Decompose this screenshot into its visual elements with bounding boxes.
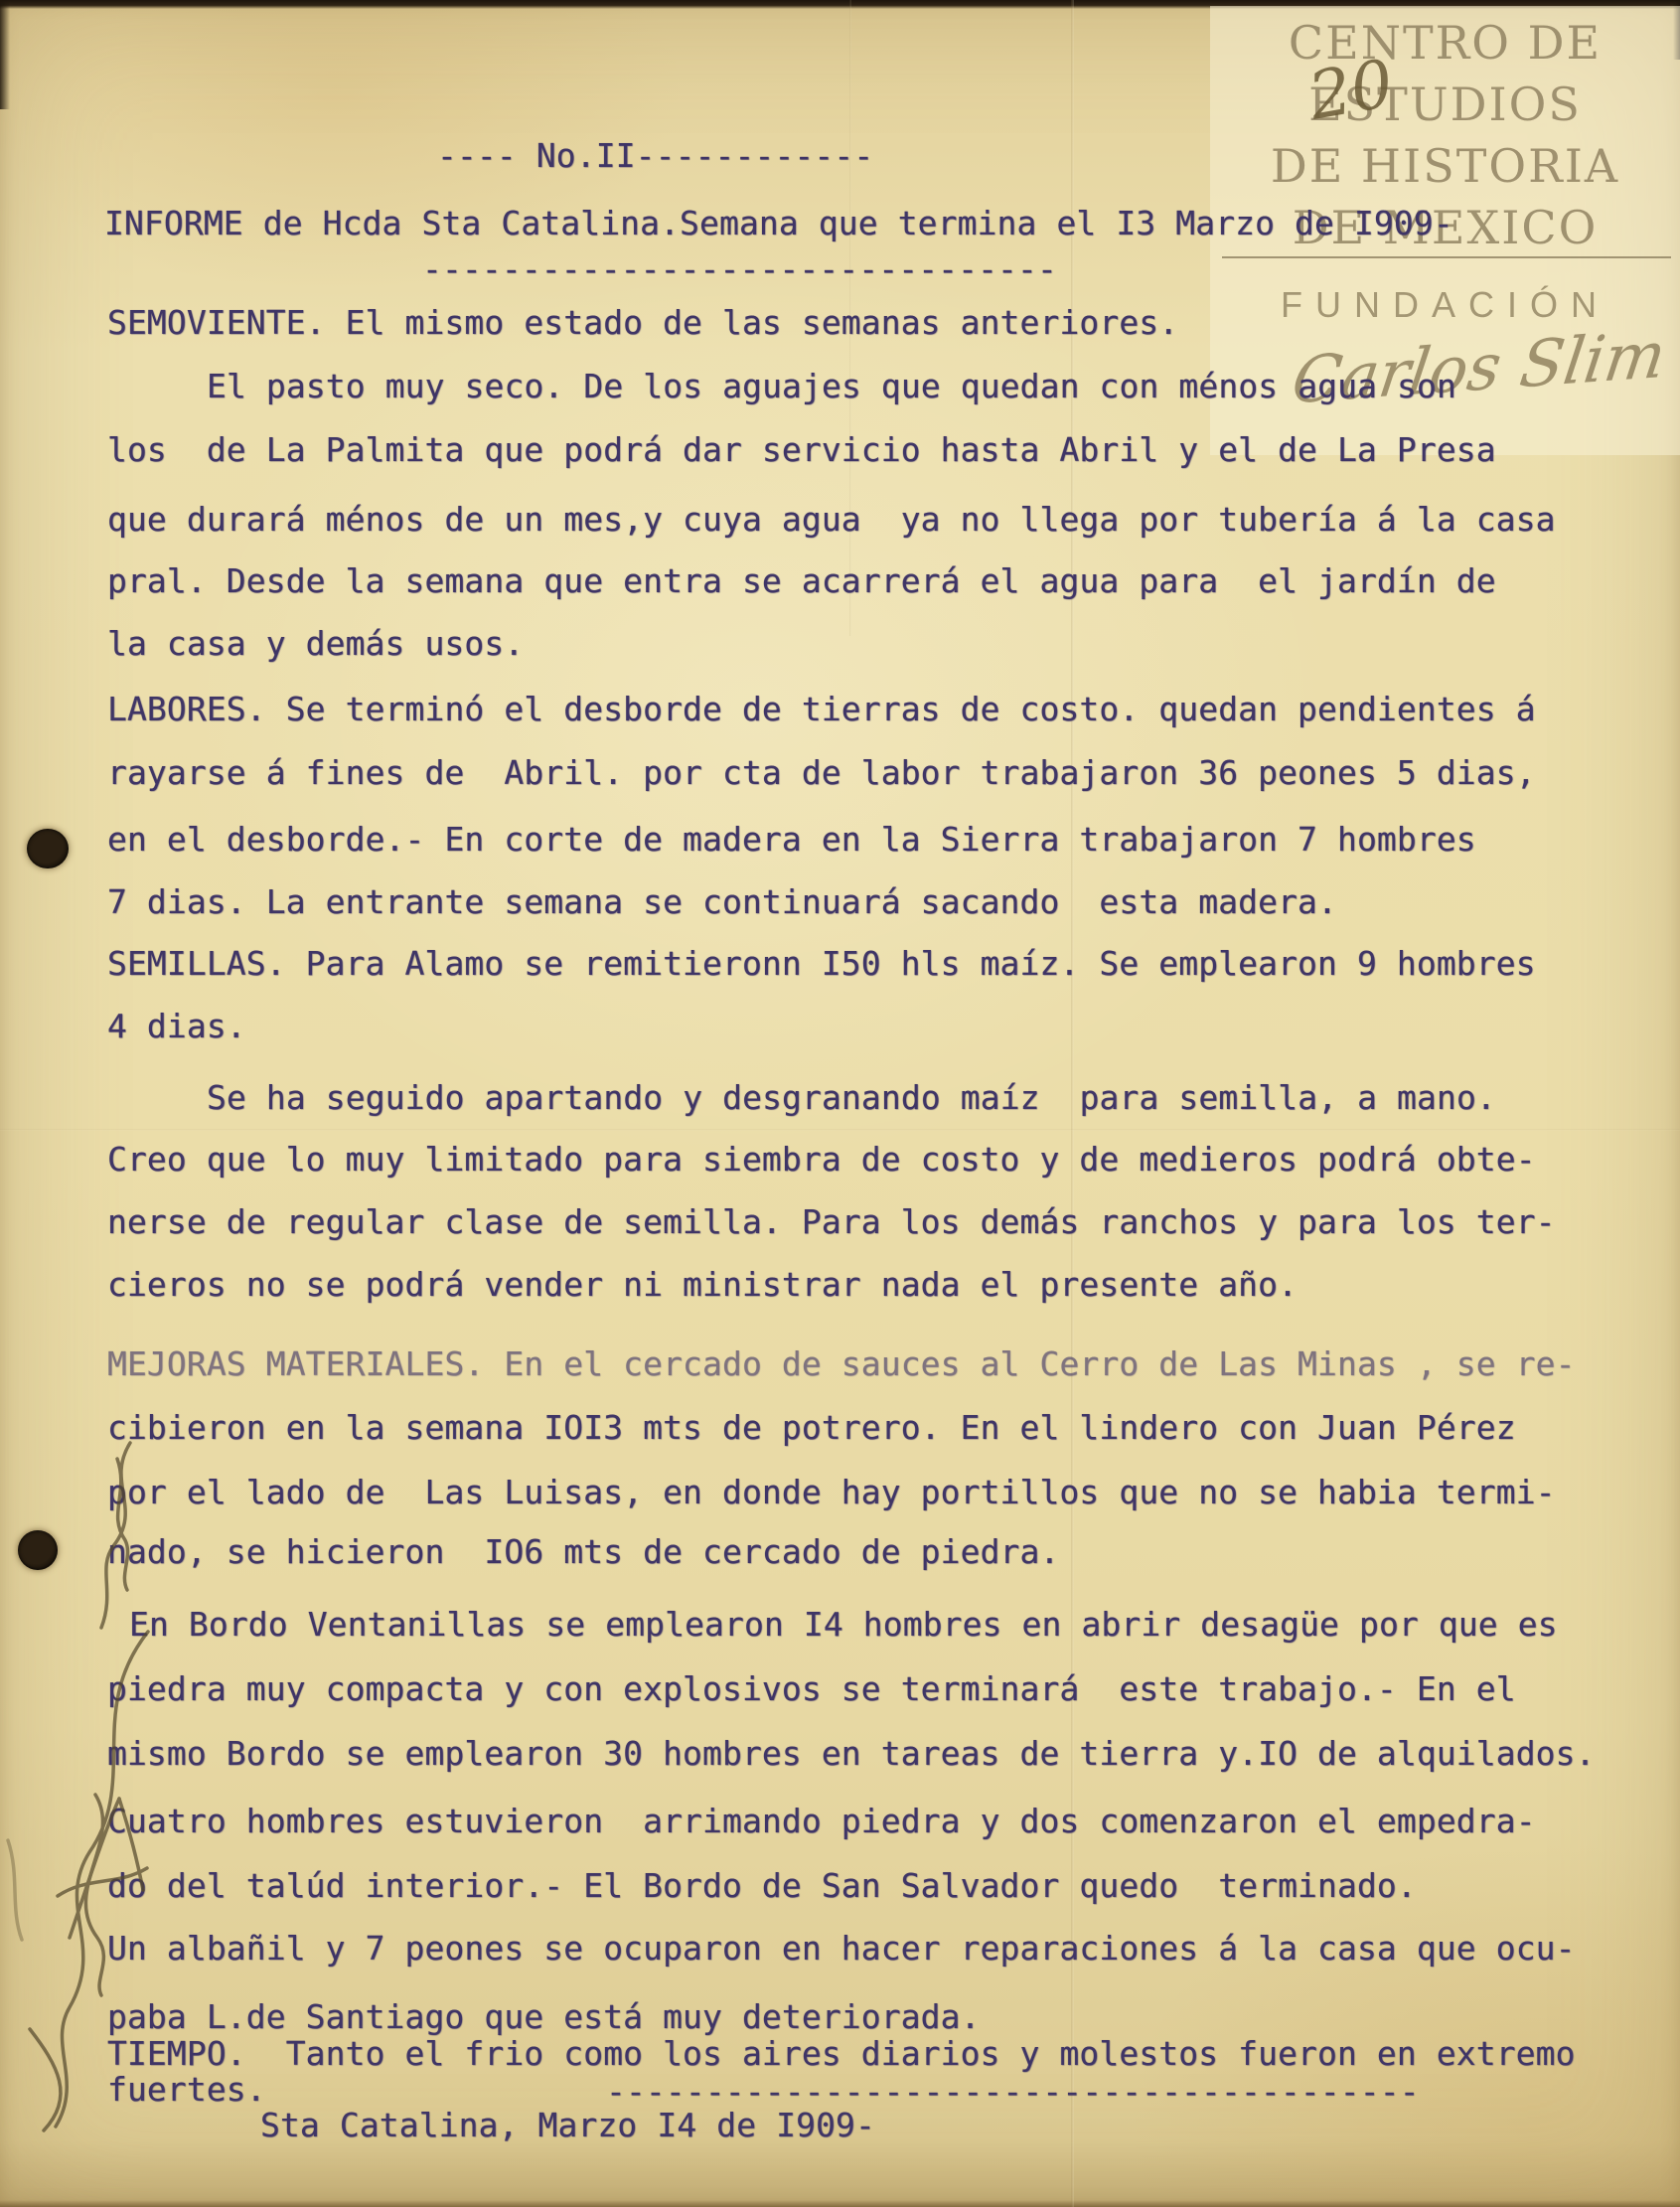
typed-line: Creo que lo muy limitado para siembra de…: [107, 1143, 1536, 1177]
typed-line: nerse de regular clase de semilla. Para …: [107, 1205, 1556, 1239]
typed-line: en el desborde.- En corte de madera en l…: [107, 823, 1476, 857]
typed-line: piedra muy compacta y con explosivos se …: [107, 1672, 1516, 1706]
typed-line: rayarse á fines de Abril. por cta de lab…: [107, 756, 1536, 790]
scan-edge-bottom: [0, 2200, 1680, 2207]
typed-line: SEMILLAS. Para Alamo se remitieronn I50 …: [107, 947, 1536, 981]
typed-line: Se ha seguido apartando y desgranando ma…: [207, 1081, 1496, 1115]
typed-line: SEMOVIENTE. El mismo estado de las seman…: [107, 306, 1178, 340]
typed-line: que durará ménos de un mes,y cuya agua y…: [107, 503, 1556, 537]
typed-line: los de La Palmita que podrá dar servicio…: [107, 433, 1496, 467]
typed-line: --------------------------------: [422, 252, 1057, 286]
typed-line: 4 dias.: [107, 1010, 246, 1043]
typed-line: Un albañil y 7 peones se ocuparon en hac…: [107, 1932, 1576, 1966]
punch-hole: [27, 829, 69, 868]
typed-line: paba L.de Santiago que está muy deterior…: [107, 2000, 981, 2034]
typed-line: LABORES. Se terminó el desborde de tierr…: [107, 693, 1536, 726]
typed-line: mismo Bordo se emplearon 30 hombres en t…: [107, 1737, 1596, 1771]
horizontal-fold-crease: [0, 1129, 1680, 1131]
watermark-line: DE HISTORIA: [1210, 139, 1680, 193]
watermark-divider: [1222, 256, 1671, 258]
handwritten-page-number: 20: [1303, 45, 1399, 134]
watermark-foundation: FUNDACIÓN: [1210, 284, 1680, 326]
typed-line: El pasto muy seco. De los aguajes que qu…: [207, 370, 1456, 403]
typed-line: En Bordo Ventanillas se emplearon I4 hom…: [129, 1608, 1558, 1642]
typed-line: la casa y demás usos.: [107, 627, 524, 661]
typed-line: TIEMPO. Tanto el frio como los aires dia…: [107, 2037, 1576, 2071]
typed-line: cieros no se podrá vender ni ministrar n…: [107, 1268, 1298, 1302]
typed-line: ----------------------------------------…: [606, 2075, 1420, 2109]
typed-line: 7 dias. La entrante semana se continuará…: [107, 885, 1337, 919]
scanned-document-page: CENTRO DE ESTUDIOS DE HISTORIA DE MEXICO…: [0, 0, 1680, 2207]
typed-line: MEJORAS MATERIALES. En el cercado de sau…: [107, 1347, 1576, 1381]
typed-line: por el lado de Las Luisas, en donde hay …: [107, 1476, 1556, 1509]
watermark-line: ESTUDIOS: [1210, 78, 1680, 131]
typed-line: fuertes.: [107, 2073, 266, 2107]
typed-line: INFORME de Hcda Sta Catalina.Semana que …: [104, 207, 1453, 240]
typed-line: Sta Catalina, Marzo I4 de I909-: [260, 2109, 875, 2142]
watermark-line: CENTRO DE: [1210, 16, 1680, 70]
typed-line: Cuatro hombres estuvieron arrimando pied…: [107, 1805, 1536, 1838]
typed-line: pral. Desde la semana que entra se acarr…: [107, 564, 1496, 598]
typed-line: do del talúd interior.- El Bordo de San …: [107, 1869, 1417, 1903]
scan-edge-top-left: [0, 0, 10, 109]
punch-hole: [18, 1530, 58, 1570]
typed-line: ---- No.II------------: [437, 139, 873, 173]
typed-line: cibieron en la semana IOI3 mts de potrer…: [107, 1411, 1516, 1445]
typed-line: nado, se hicieron IO6 mts de cercado de …: [107, 1535, 1059, 1569]
